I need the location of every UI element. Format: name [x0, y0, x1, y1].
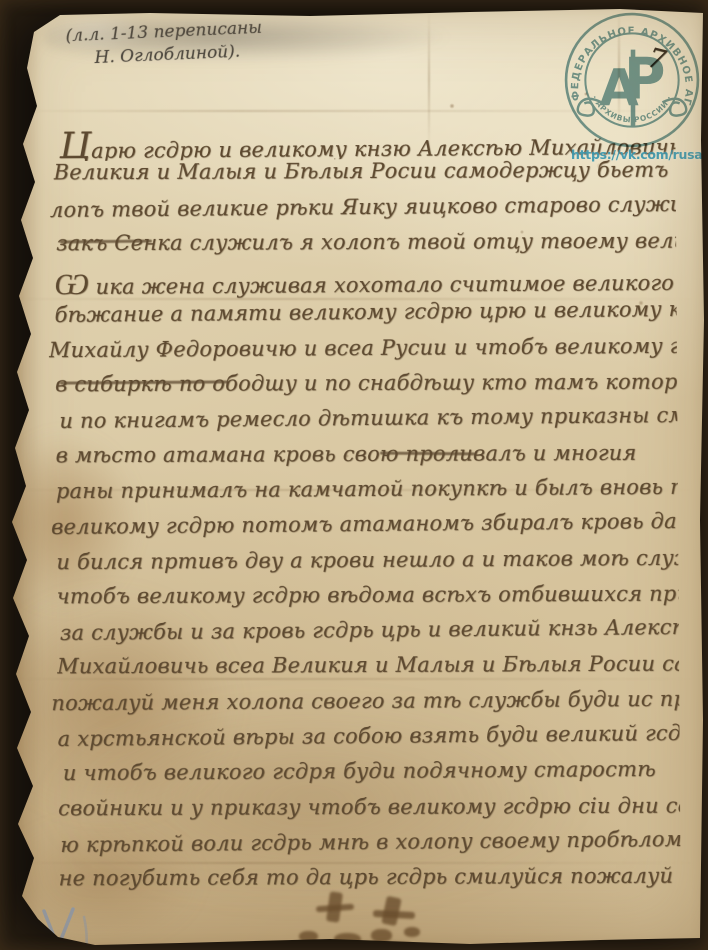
- paper-edge-vignette: [0, 0, 708, 950]
- scanned-document-photo: (л.л. 1-13 переписаны Н. Оглоблиной). 7 …: [0, 0, 708, 950]
